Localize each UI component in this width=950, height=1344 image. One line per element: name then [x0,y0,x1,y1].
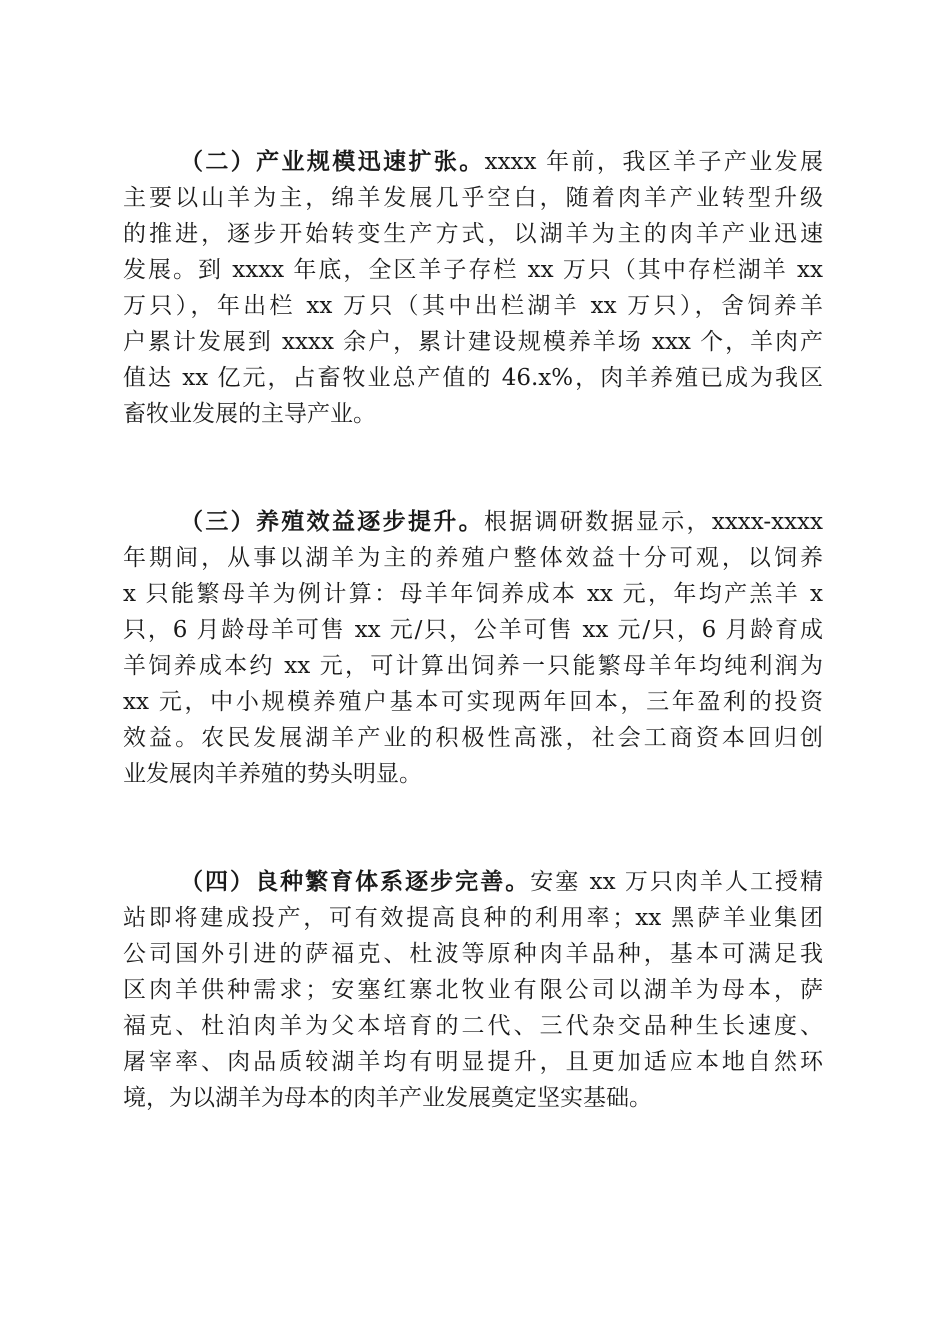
section-heading: （四）良种繁育体系逐步完善。 [180,868,530,895]
text-line: 安塞 xx 万只肉羊人工授精 [530,869,823,895]
text-line: 福克、杜泊肉羊为父本培育的二代、三代杂交品种生长速度、 [123,1008,823,1044]
paragraph-first-line: （三）养殖效益逐步提升。根据调研数据显示，xxxx-xxxx [180,504,823,540]
text-line: 区肉羊供种需求；安塞红寨北牧业有限公司以湖羊为母本，萨 [123,972,823,1008]
text-line: 发展。到 xxxx 年底，全区羊子存栏 xx 万只（其中存栏湖羊 xx [123,252,823,288]
section-heading: （三）养殖效益逐步提升。 [180,508,484,535]
paragraph-first-line: （二）产业规模迅速扩张。xxxx 年前，我区羊子产业发展 [180,144,823,180]
text-line: 畜牧业发展的主导产业。 [123,396,823,432]
text-line: 站即将建成投产，可有效提高良种的利用率；xx 黑萨羊业集团 [123,900,823,936]
text-line: 屠宰率、肉品质较湖羊均有明显提升，且更加适应本地自然环 [123,1044,823,1080]
text-line: 境，为以湖羊为母本的肉羊产业发展奠定坚实基础。 [123,1080,823,1116]
text-line: 根据调研数据显示，xxxx-xxxx [484,509,823,535]
text-line: xx 元，中小规模养殖户基本可实现两年回本，三年盈利的投资 [123,684,823,720]
text-line: 户累计发展到 xxxx 余户，累计建设规模养羊场 xxx 个，羊肉产 [123,324,823,360]
text-line: 万只），年出栏 xx 万只（其中出栏湖羊 xx 万只），舍饲养羊 [123,288,823,324]
text-line: 主要以山羊为主，绵羊发展几乎空白，随着肉羊产业转型升级 [123,180,823,216]
text-line: 羊饲养成本约 xx 元，可计算出饲养一只能繁母羊年均纯利润为 [123,648,823,684]
text-line: 效益。农民发展湖羊产业的积极性高涨，社会工商资本回归创 [123,720,823,756]
paragraph-first-line: （四）良种繁育体系逐步完善。安塞 xx 万只肉羊人工授精 [180,864,823,900]
section-heading: （二）产业规模迅速扩张。 [180,148,485,175]
text-line: 年期间，从事以湖羊为主的养殖户整体效益十分可观，以饲养 [123,540,823,576]
text-line: 公司国外引进的萨福克、杜波等原种肉羊品种，基本可满足我 [123,936,823,972]
text-line: xxxx 年前，我区羊子产业发展 [485,149,823,175]
text-line: x 只能繁母羊为例计算：母羊年饲养成本 xx 元，年均产羔羊 x [123,576,823,612]
document-page: （二）产业规模迅速扩张。xxxx 年前，我区羊子产业发展 主要以山羊为主，绵羊发… [0,0,950,1344]
text-line: 业发展肉羊养殖的势头明显。 [123,756,823,792]
text-line: 的推进，逐步开始转变生产方式，以湖羊为主的肉羊产业迅速 [123,216,823,252]
text-line: 值达 xx 亿元，占畜牧业总产值的 46.x%，肉羊养殖已成为我区 [123,360,823,396]
text-line: 只，6 月龄母羊可售 xx 元/只，公羊可售 xx 元/只，6 月龄育成 [123,612,823,648]
